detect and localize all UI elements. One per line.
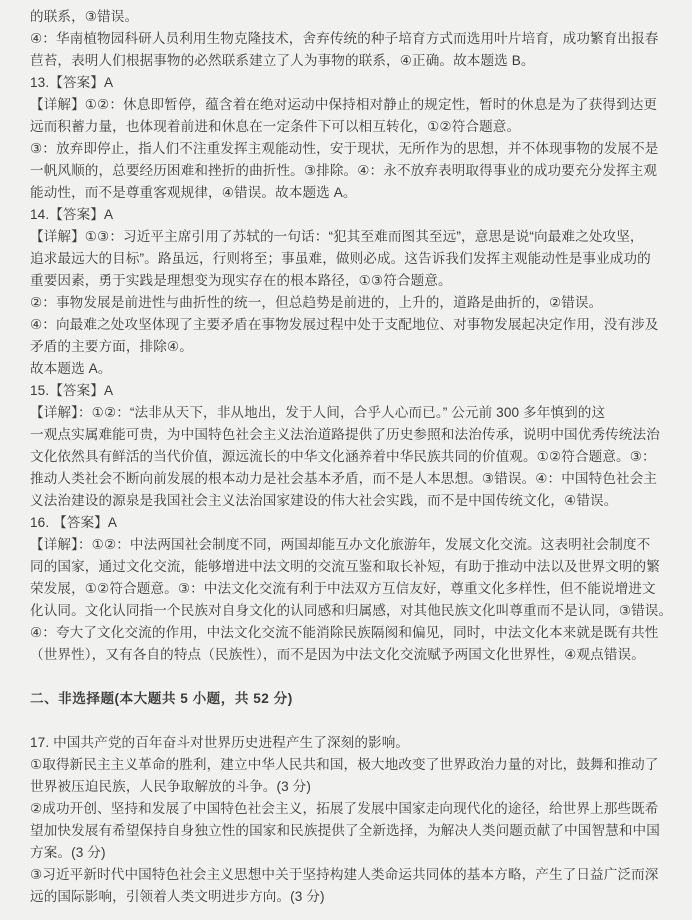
text-line: 世界被压迫民族，人民争取解放的斗争。(3 分) — [30, 776, 664, 798]
text-line: 【详解】①③：习近平主席引用了苏轼的一句话：“犯其至难而图其至远”，意思是说“向… — [30, 226, 664, 248]
text-line: 方案。(3 分) — [30, 842, 664, 864]
text-line: 故本题选 A。 — [30, 358, 664, 380]
section-heading: 二、非选择题(本大题共 5 小题，共 52 分) — [30, 688, 664, 710]
text-line: 重要因素，勇于实践是理想变为现实存在的根本路径，①③符合题意。 — [30, 270, 664, 292]
text-line: 远的国际影响，引领着人类文明进步方向。(3 分) — [30, 886, 664, 908]
text-line: 一帆风顺的，总要经历困难和挫折的曲折性。③排除。④：永不放弃表明取得事业的成功要… — [30, 160, 664, 182]
text-line: （世界性），又有各自的特点（民族性），而不是因为中法文化交流赋予两国文化世界性，… — [30, 644, 664, 666]
text-line: ②成功开创、坚持和发展了中国特色社会主义，拓展了发展中国家走向现代化的途径，给世… — [30, 798, 664, 820]
text-line: 远而积蓄力量，也体现着前进和休息在一定条件下可以相互转化，①②符合题意。 — [30, 116, 664, 138]
text-line: 能动性，而不是尊重客观规律，④错误。故本题选 A。 — [30, 182, 664, 204]
text-line: ③：放弃即停止，指人们不注重发挥主观能动性，安于现状，无所作为的思想，并不体现事… — [30, 138, 664, 160]
text-line: 义法治建设的源泉是我国社会主义法治国家建设的伟大社会实践，而不是中国传统文化，④… — [30, 490, 664, 512]
text-line: ①取得新民主主义革命的胜利，建立中华人民共和国，极大地改变了世界政治力量的对比，… — [30, 754, 664, 776]
text-line: 13.【答案】A — [30, 72, 664, 94]
text-line: 推动人类社会不断向前发展的根本动力是社会基本矛盾，而不是人本思想。③错误。④：中… — [30, 468, 664, 490]
text-line: 一观点实属难能可贵，为中国特色社会主义法治道路提供了历史参照和法治传承，说明中国… — [30, 424, 664, 446]
text-line: 【详解】①②：休息即暂停，蕴含着在绝对运动中保持相对静止的规定性，暂时的休息是为… — [30, 94, 664, 116]
text-line: 【详解】：①②：“法非从天下，非从地出，发于人间，合乎人心而已。” 公元前 30… — [30, 402, 664, 424]
text-line: 苣苔，表明人们根据事物的必然联系建立了人为事物的联系，④正确。故本题选 B。 — [30, 50, 664, 72]
text-line: ③习近平新时代中国特色社会主义思想中关于坚持构建人类命运共同体的基本方略，产生了… — [30, 864, 664, 886]
text-line: 望加快发展有希望保持自身独立性的国家和民族提供了全新选择，为解决人类问题贡献了中… — [30, 820, 664, 842]
document-body: 的联系，③错误。④：华南植物园科研人员利用生物克隆技术，舍弃传统的种子培育方式而… — [30, 6, 664, 908]
text-line: 【详解】：①②：中法两国社会制度不同，两国却能互办文化旅游年，发展文化交流。这表… — [30, 534, 664, 556]
text-line: ④：夸大了文化交流的作用，中法文化交流不能消除民族隔阂和偏见，同时，中法文化本来… — [30, 622, 664, 644]
text-line: 的联系，③错误。 — [30, 6, 664, 28]
text-line: 文化依然具有鲜活的当代价值，源远流长的中华文化涵养着中华民族共同的价值观。①②符… — [30, 446, 664, 468]
text-line: ②：事物发展是前进性与曲折性的统一，但总趋势是前进的，上升的，道路是曲折的，②错… — [30, 292, 664, 314]
text-line: ④：华南植物园科研人员利用生物克隆技术，舍弃传统的种子培育方式而选用叶片培育，成… — [30, 28, 664, 50]
text-line: 化认同。文化认同指一个民族对自身文化的认同感和归属感，对其他民族文化叫尊重而不是… — [30, 600, 664, 622]
text-line: 17. 中国共产党的百年奋斗对世界历史进程产生了深刻的影响。 — [30, 732, 664, 754]
text-line: 16. 【答案】A — [30, 512, 664, 534]
blank-line — [30, 666, 664, 688]
text-line: 荣发展，①②符合题意。③：中法文化交流有利于中法双方互信友好，尊重文化多样性，但… — [30, 578, 664, 600]
text-line: 14.【答案】A — [30, 204, 664, 226]
text-line: 矛盾的主要方面，排除④。 — [30, 336, 664, 358]
text-line: ④：向最难之处攻坚体现了主要矛盾在事物发展过程中处于支配地位、对事物发展起决定作… — [30, 314, 664, 336]
text-line: 同的国家，通过文化交流，能够增进中法文明的交流互鉴和取长补短，有助于推动中法以及… — [30, 556, 664, 578]
blank-line — [30, 710, 664, 732]
text-line: 追求最远大的目标”。路虽远，行则将至；事虽难，做则必成。这告诉我们发挥主观能动性… — [30, 248, 664, 270]
document-page: 的联系，③错误。④：华南植物园科研人员利用生物克隆技术，舍弃传统的种子培育方式而… — [0, 0, 692, 920]
text-line: 15.【答案】A — [30, 380, 664, 402]
